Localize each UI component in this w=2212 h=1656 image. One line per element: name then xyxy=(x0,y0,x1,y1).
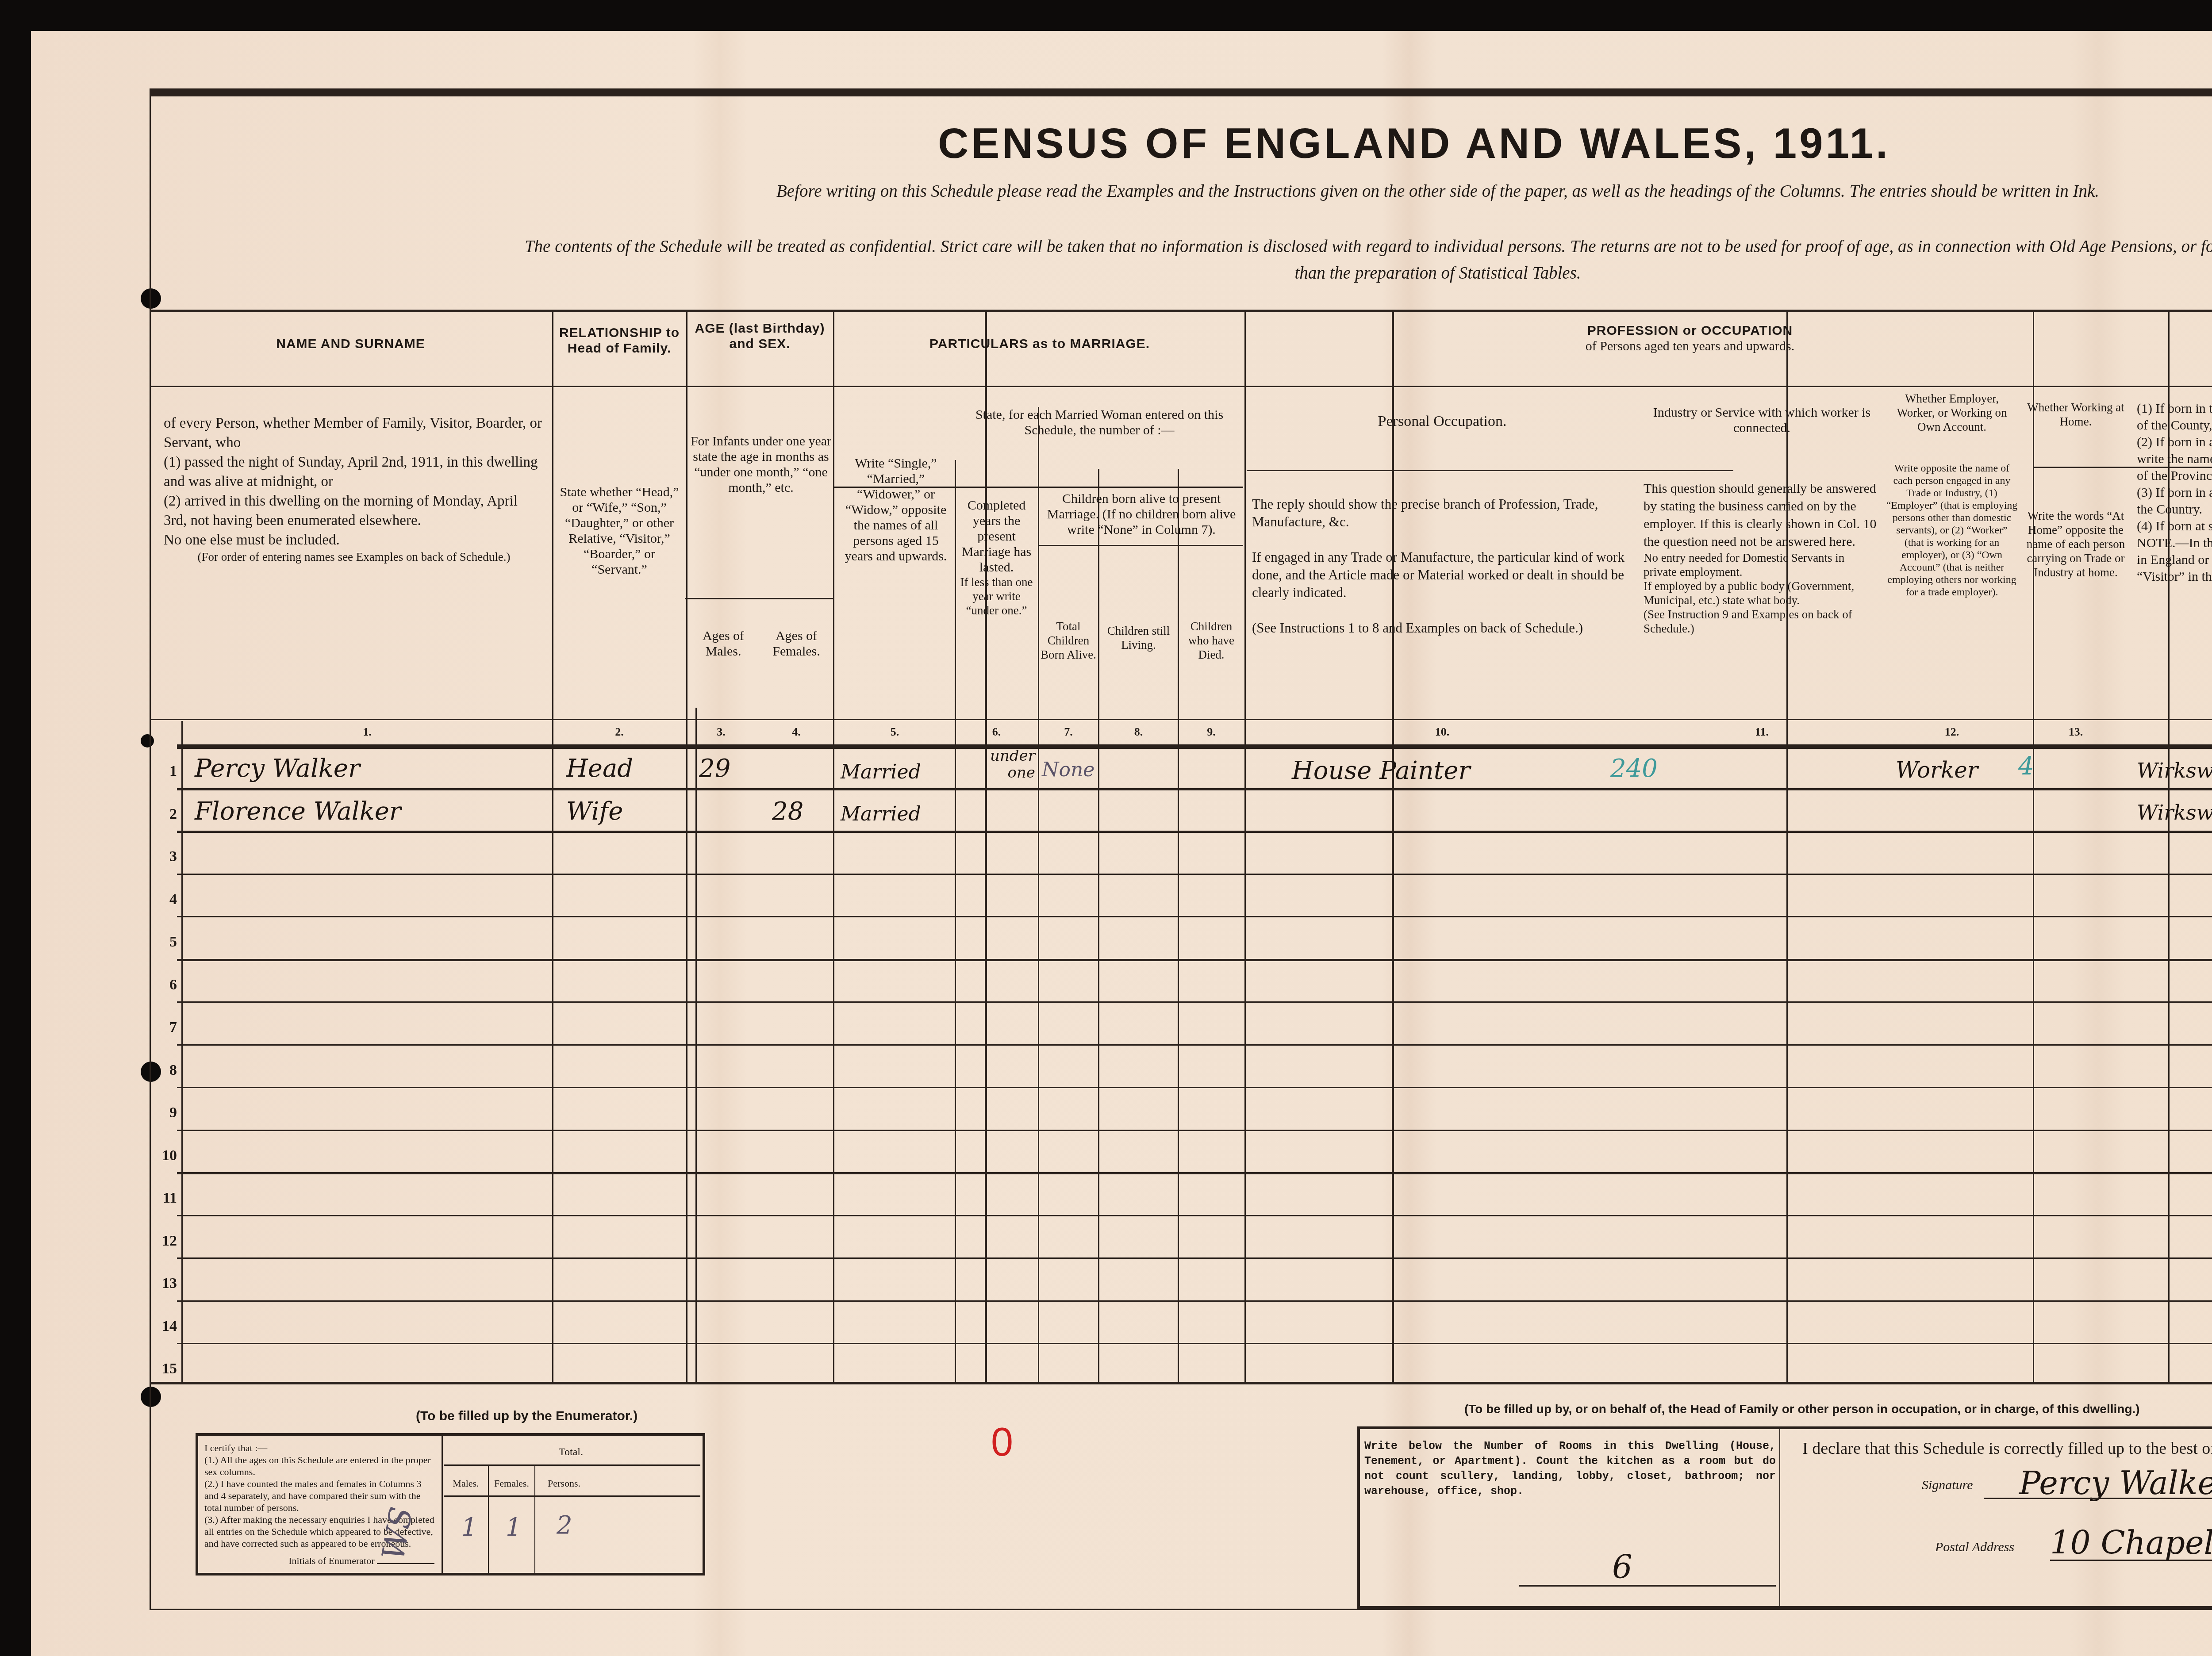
column-divider xyxy=(695,708,697,1384)
column-divider xyxy=(1786,312,1788,1382)
entry-birthplace[interactable]: Wirksworth Derbyshire xyxy=(2137,759,2212,782)
column-divider xyxy=(1392,312,1394,1382)
column-number: 9. xyxy=(1179,725,1243,739)
header-marriage: PARTICULARS as to MARRIAGE. xyxy=(929,337,1150,351)
header-birthplace-body: (1) If born in the United Kingdom, write… xyxy=(2137,400,2212,585)
row-divider xyxy=(177,1343,2212,1344)
entry-name[interactable]: Florence Walker xyxy=(195,797,401,826)
total-persons[interactable]: 2 xyxy=(557,1511,572,1540)
entry-name[interactable]: Percy Walker xyxy=(195,754,360,783)
header-divider xyxy=(150,386,2212,387)
red-check-mark: 0 xyxy=(991,1420,1013,1465)
persons-label: Persons. xyxy=(535,1478,593,1489)
row-divider xyxy=(177,874,2212,875)
header-children-born: Children born alive to present Marriage.… xyxy=(1040,491,1243,537)
header-working-home: Whether Working at Home. xyxy=(2020,400,2131,429)
column-number: 13. xyxy=(2020,725,2131,739)
row-number: 10 xyxy=(150,1147,177,1164)
signature-label: Signature xyxy=(1922,1478,1973,1493)
row-divider xyxy=(177,788,2212,790)
entry-employment-code: 4 xyxy=(2018,752,2034,781)
row-number: 13 xyxy=(150,1275,177,1292)
document-title: CENSUS OF ENGLAND AND WALES, 1911. xyxy=(938,119,1890,168)
column-number-divider xyxy=(177,744,2212,749)
entry-years-married[interactable]: under one xyxy=(982,747,1035,781)
entry-marital-status[interactable]: Married xyxy=(841,761,921,783)
signature[interactable]: Percy Walker xyxy=(2019,1464,2212,1502)
header-marital-status: Write “Single,” “Married,” “Widower,” or… xyxy=(838,456,953,564)
row-divider xyxy=(177,1172,2212,1174)
row-divider xyxy=(177,1257,2212,1259)
postal-address-label: Postal Address xyxy=(1935,1540,2014,1555)
confidential-line-2: than the preparation of Statistical Tabl… xyxy=(177,263,2212,283)
confidential-line: The contents of the Schedule will be tre… xyxy=(177,237,2212,257)
instruction-line: Before writing on this Schedule please r… xyxy=(487,181,2212,201)
header-total-children: Total Children Born Alive. xyxy=(1040,619,1097,662)
column-number: 10. xyxy=(1248,725,1637,739)
header-personal-occupation: Personal Occupation. xyxy=(1248,414,1637,429)
column-divider xyxy=(1038,407,1039,1384)
column-divider xyxy=(552,312,553,1382)
column-number: 7. xyxy=(1040,725,1097,739)
entry-relationship[interactable]: Wife xyxy=(566,797,623,826)
header-employer-status: Whether Employer, Worker, or Working on … xyxy=(1886,391,2018,434)
enumerator-box: I certify that :— (1.) All the ages on t… xyxy=(196,1433,705,1575)
row-number: 11 xyxy=(150,1190,177,1207)
column-divider xyxy=(686,312,687,1382)
declaration: I declare that this Schedule is correctl… xyxy=(1802,1439,2212,1458)
row-number: 1 xyxy=(150,763,177,780)
column-number: 4. xyxy=(761,725,832,739)
column-number: 12. xyxy=(1886,725,2018,739)
header-name-instructions: of every Person, whether Member of Famil… xyxy=(164,414,544,564)
row-number: 8 xyxy=(150,1062,177,1079)
column-number: 14 xyxy=(2135,725,2212,739)
column-divider xyxy=(833,312,834,1382)
row-number: 3 xyxy=(150,848,177,865)
males-label: Males. xyxy=(444,1478,488,1489)
header-occupation: PROFESSION or OCCUPATION xyxy=(1587,323,1793,338)
header-children-living: Children still Living. xyxy=(1100,624,1177,652)
header-employer-body: Write opposite the name of each person e… xyxy=(1886,462,2018,598)
row-number: 12 xyxy=(150,1233,177,1250)
column-divider xyxy=(1178,469,1179,1384)
header-ages-males: Ages of Males. xyxy=(688,628,759,659)
row-divider xyxy=(177,1087,2212,1088)
total-females[interactable]: 1 xyxy=(506,1513,522,1542)
row-divider xyxy=(177,1300,2212,1302)
header-divider xyxy=(685,598,833,599)
rooms-count[interactable]: 6 xyxy=(1612,1549,1632,1586)
entry-children-total[interactable]: None xyxy=(1042,759,1094,781)
females-label: Females. xyxy=(489,1478,534,1489)
header-divider xyxy=(1038,545,1243,546)
column-number: 1. xyxy=(181,725,553,739)
householder-caption: (To be filled up by, or on behalf of, th… xyxy=(1464,1402,2140,1416)
row-divider xyxy=(177,831,2212,833)
row-number: 15 xyxy=(150,1361,177,1377)
row-number: 2 xyxy=(150,806,177,823)
row-number: 6 xyxy=(150,977,177,993)
entry-age-female[interactable]: 28 xyxy=(772,797,803,826)
entry-occupation-code: 240 xyxy=(1610,754,1658,783)
column-divider xyxy=(1244,312,1246,1382)
header-ages-females: Ages of Females. xyxy=(761,628,832,659)
rooms-instructions: Write below the Number of Rooms in this … xyxy=(1364,1439,1776,1499)
entry-occupation[interactable]: House Painter xyxy=(1292,756,1470,785)
row-number: 14 xyxy=(150,1318,177,1335)
entry-marital-status[interactable]: Married xyxy=(841,803,921,825)
column-number: 3. xyxy=(686,725,757,739)
row-divider xyxy=(177,916,2212,917)
entry-relationship[interactable]: Head xyxy=(566,754,633,783)
column-number: 11. xyxy=(1641,725,1882,739)
header-working-home-body: Write the words “At Home” opposite the n… xyxy=(2020,509,2131,579)
entry-birthplace[interactable]: Wirksworth Derbyshire xyxy=(2137,801,2212,824)
enumerator-caption: (To be filled up by the Enumerator.) xyxy=(416,1409,637,1424)
header-age-body: For Infants under one year state the age… xyxy=(690,433,832,495)
header-married-woman: State, for each Married Woman entered on… xyxy=(958,407,1241,438)
header-industry: Industry or Service with which worker is… xyxy=(1641,405,1882,436)
row-number: 7 xyxy=(150,1019,177,1036)
header-age: AGE (last Birthday) and SEX. xyxy=(695,321,825,351)
row-divider xyxy=(177,959,2212,961)
column-number: 6. xyxy=(956,725,1037,739)
row-divider xyxy=(177,1215,2212,1216)
column-divider xyxy=(2033,312,2034,1382)
header-children-died: Children who have Died. xyxy=(1179,619,1243,662)
header-divider xyxy=(150,719,2212,720)
column-number: 5. xyxy=(836,725,953,739)
total-males[interactable]: 1 xyxy=(461,1513,477,1542)
row-number: 4 xyxy=(150,891,177,908)
row-divider xyxy=(177,1044,2212,1046)
row-number: 9 xyxy=(150,1104,177,1121)
postal-address[interactable]: 10 Chapel Lane Wirksworth xyxy=(2050,1524,2212,1561)
row-divider xyxy=(177,1001,2212,1003)
header-divider xyxy=(1247,470,1733,471)
header-name: NAME AND SURNAME xyxy=(276,337,425,351)
header-relationship: RELATIONSHIP to Head of Family. xyxy=(559,326,680,356)
header-industry-body: This question should generally be answer… xyxy=(1644,480,1880,636)
entry-age-male[interactable]: 29 xyxy=(699,754,730,783)
header-relationship-body: State whether “Head,” or “Wife,” “Son,” … xyxy=(555,484,684,577)
column-divider xyxy=(181,721,183,1384)
column-divider xyxy=(985,312,987,1382)
header-personal-occupation-body: The reply should show the precise branch… xyxy=(1252,495,1632,637)
total-label: Total. xyxy=(442,1446,700,1458)
column-number: 8. xyxy=(1100,725,1177,739)
header-occupation-subtitle: of Persons aged ten years and upwards. xyxy=(1248,338,2132,354)
entry-employment[interactable]: Worker xyxy=(1896,757,1978,783)
householder-box: Write below the Number of Rooms in this … xyxy=(1357,1426,2212,1609)
header-completed-years: Completed years the present Marriage has… xyxy=(956,498,1037,617)
row-divider xyxy=(177,1130,2212,1131)
column-divider xyxy=(1098,469,1099,1384)
row-number: 5 xyxy=(150,934,177,951)
column-number: 2. xyxy=(553,725,686,739)
